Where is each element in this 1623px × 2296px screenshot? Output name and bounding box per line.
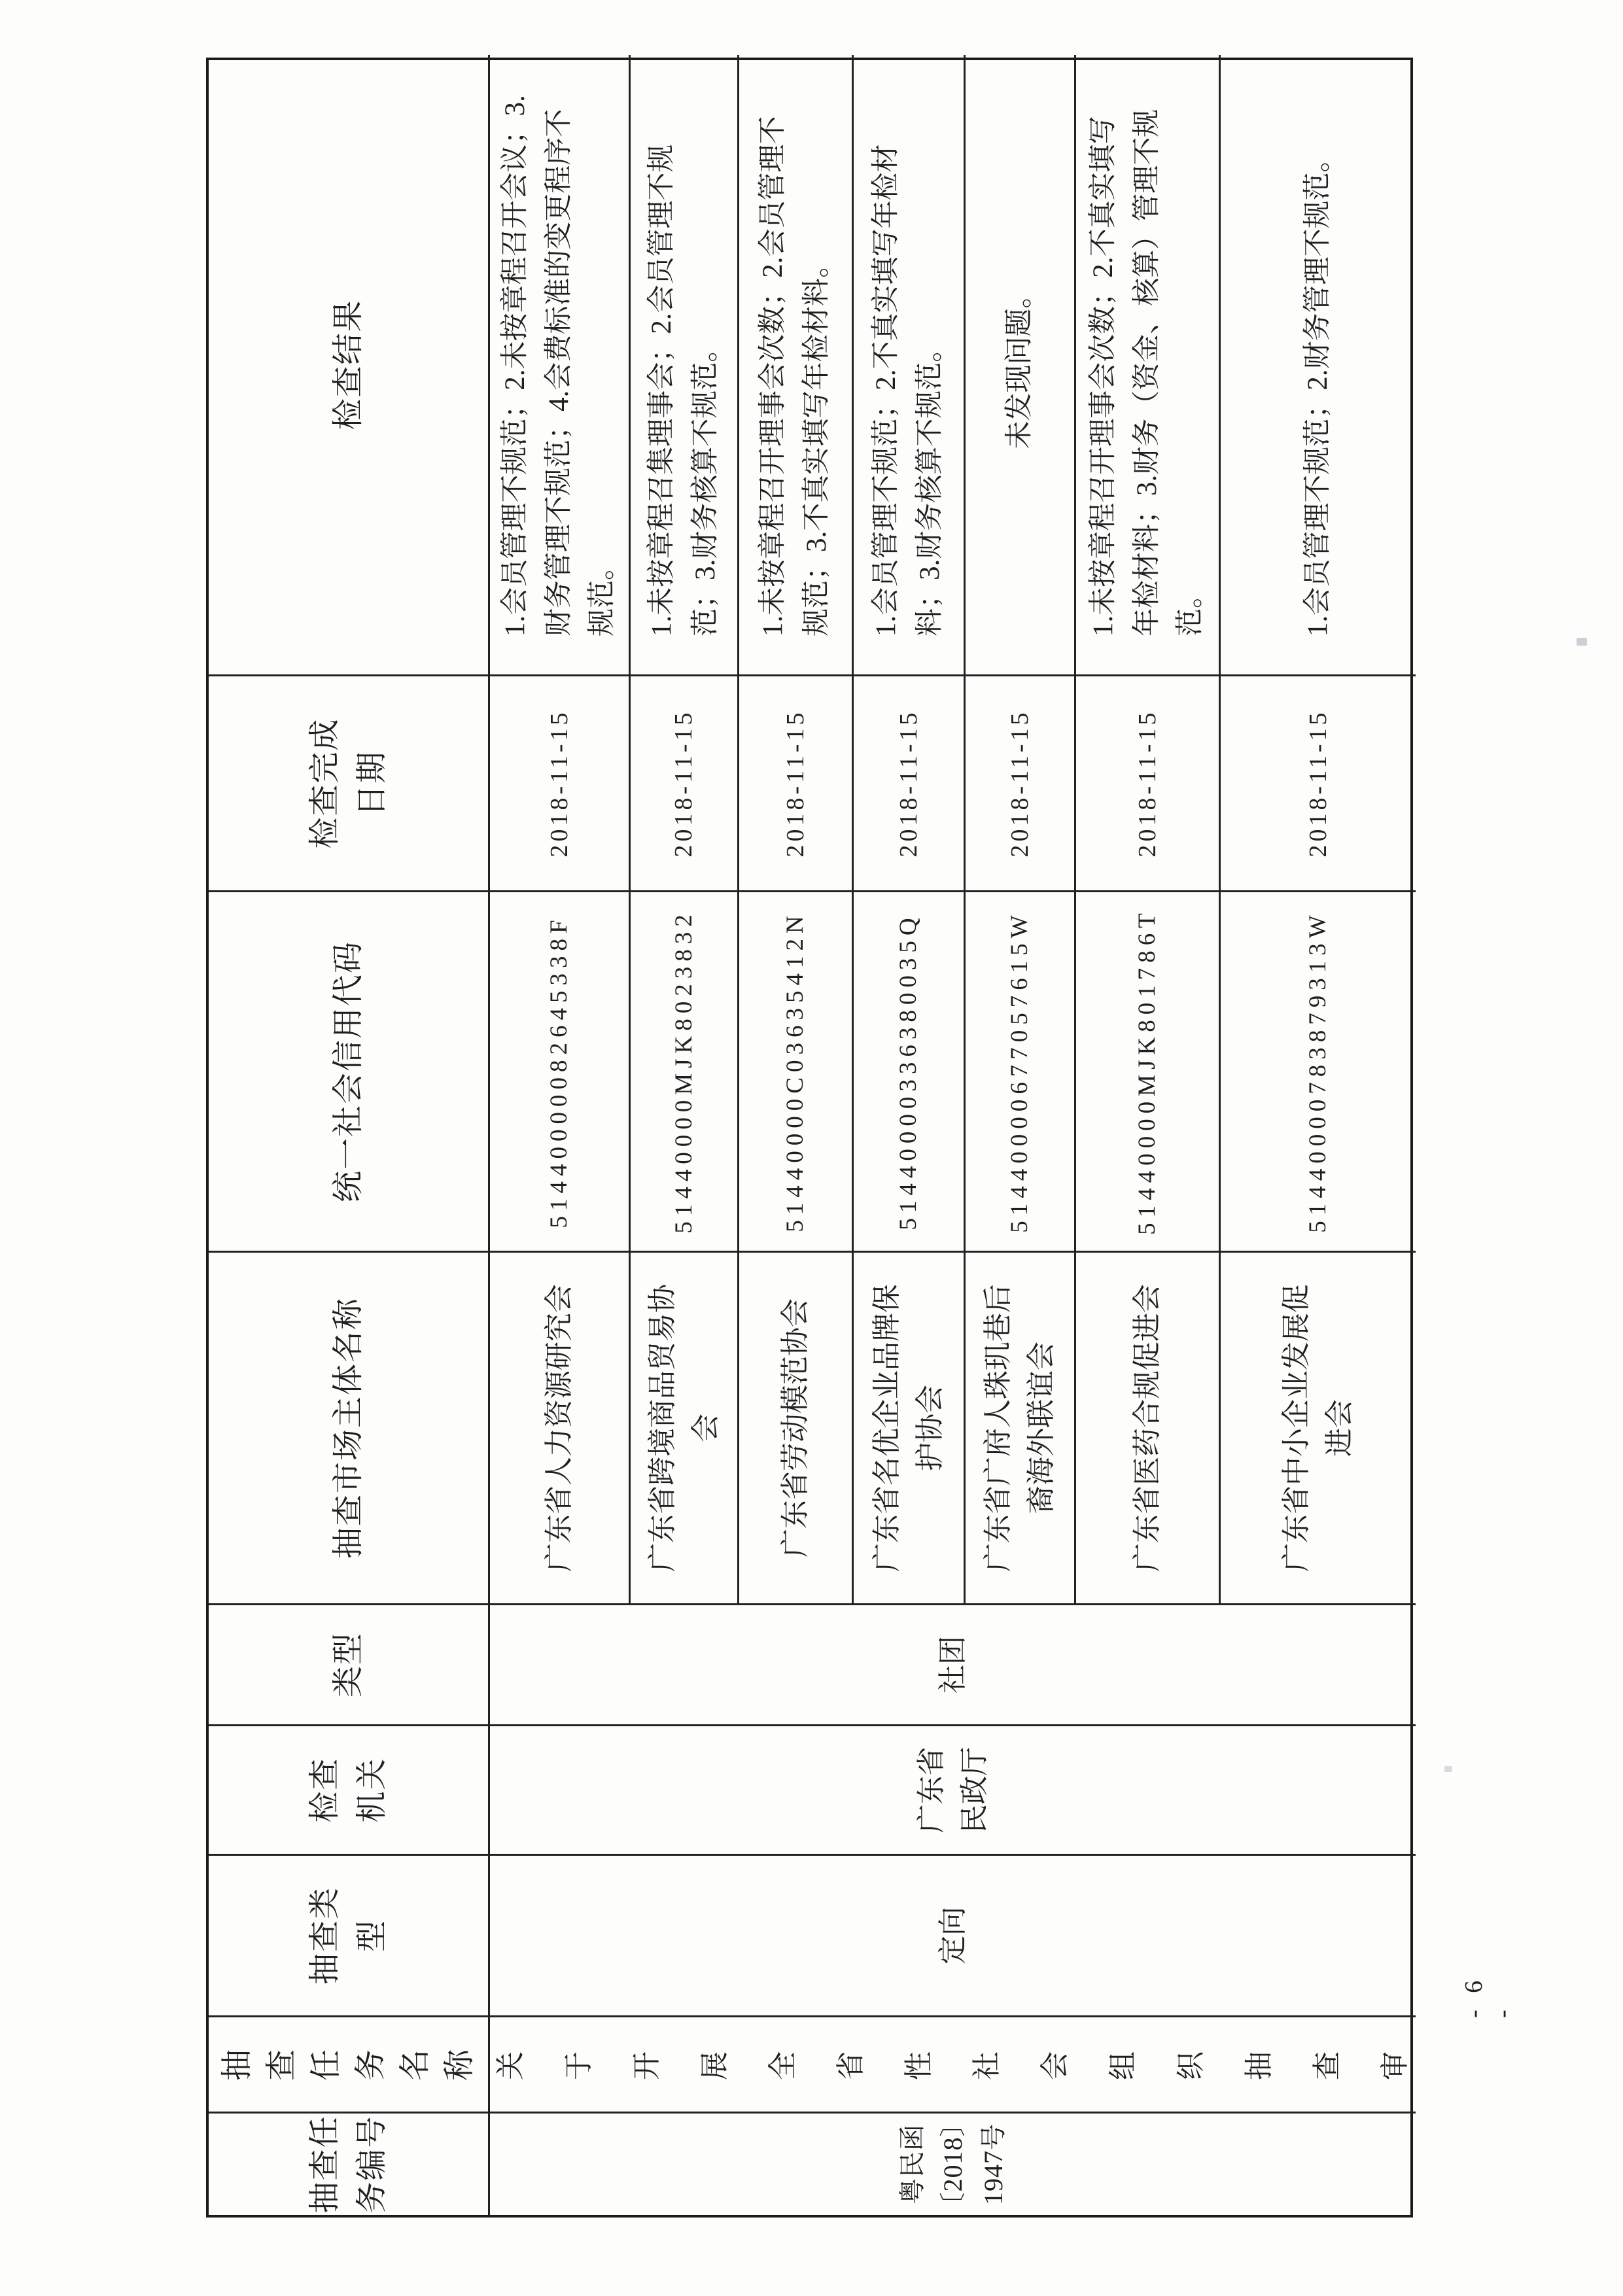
table-cell-credit-code: 51440000MJK8023832 <box>631 890 739 1251</box>
table-cell-result: 1.未按章程召开理事会次数；2.不真实填写年检材料；3.财务（资金、核算）管理不… <box>1076 55 1221 674</box>
header-sample-type-label: 抽查类型 <box>302 1887 396 1985</box>
table-cell-credit-code: 51440000082645338F <box>490 890 631 1251</box>
header-org-type: 类型 <box>209 1603 490 1724</box>
header-entity: 抽查市场主体名称 <box>209 1251 490 1603</box>
table-cell-result: 1.会员管理不规范；2.不真实填写年检材料；3.财务核算不规范。 <box>854 55 966 674</box>
merged-cell-org-type: 社团 <box>490 1603 1416 1724</box>
table-cell-finish-date: 2018-11-15 <box>966 674 1076 890</box>
table-cell-credit-code: 51440000MJK801786T <box>1076 890 1221 1251</box>
header-task-name-label: 抽查任务名称 <box>215 2047 482 2081</box>
page-number: - 6 - <box>1456 1953 1521 2018</box>
table-cell-finish-date: 2018-11-15 <box>1221 674 1416 890</box>
merged-cell-inspect-org: 广东省民政厅 <box>490 1724 1416 1854</box>
table-cell-finish-date: 2018-11-15 <box>739 674 854 890</box>
header-task-no: 抽查任务编号 <box>209 2112 490 2215</box>
table-cell-finish-date: 2018-11-15 <box>490 674 631 890</box>
inspect-org-value: 广东省民政厅 <box>910 1745 996 1836</box>
table-cell-entity: 广东省广府人珠玑巷后裔海外联谊会 <box>966 1251 1076 1603</box>
header-credit-code: 统一社会信用代码 <box>209 890 490 1251</box>
table-cell-entity: 广东省跨境商品贸易协会 <box>631 1251 739 1603</box>
table-cell-credit-code: 51440000C03635412N <box>739 890 854 1251</box>
table-cell-entity: 广东省医药合规促进会 <box>1076 1251 1221 1603</box>
header-task-name: 抽查任务名称 <box>209 2015 490 2112</box>
header-result-label: 检查结果 <box>325 300 372 430</box>
header-finish-date: 检查完成日期 <box>209 674 490 890</box>
header-inspect-org-label: 检查机关 <box>302 1758 396 1823</box>
header-org-type-label: 类型 <box>325 1632 372 1697</box>
header-entity-label: 抽查市场主体名称 <box>325 1297 372 1559</box>
header-sample-type: 抽查类型 <box>209 1854 490 2015</box>
header-inspect-org: 检查机关 <box>209 1724 490 1854</box>
header-task-no-label: 抽查任务编号 <box>302 2115 396 2214</box>
table-cell-result: 1.未按章程召开理事会次数；2.会员管理不规范；3.不真实填写年检材料。 <box>739 55 854 674</box>
inspection-results-table: 抽查任务编号 抽查任务名称 抽查类型 检查机关 类型 抽查市场主体名称 统一社会… <box>206 58 1413 2218</box>
header-credit-code-label: 统一社会信用代码 <box>325 941 372 1202</box>
table-cell-result: 1.会员管理不规范；2.财务管理不规范。 <box>1221 55 1416 674</box>
table-cell-result: 1.未按章程召集理事会；2.会员管理不规范；3.财务核算不规范。 <box>631 55 739 674</box>
table-cell-entity: 广东省名优企业品牌保护协会 <box>854 1251 966 1603</box>
table-cell-credit-code: 51440000336380035Q <box>854 890 966 1251</box>
scanned-document-page: 抽查任务编号 抽查任务名称 抽查类型 检查机关 类型 抽查市场主体名称 统一社会… <box>0 0 1623 2296</box>
merged-cell-sample-type: 定向 <box>490 1854 1416 2015</box>
header-result: 检查结果 <box>209 55 490 674</box>
scan-speck <box>1577 638 1587 646</box>
table-cell-entity: 广东省劳动模范协会 <box>739 1251 854 1603</box>
scan-speck <box>1444 1766 1452 1772</box>
table-cell-entity: 广东省人力资源研究会 <box>490 1251 631 1603</box>
table-cell-credit-code: 51440000783879313W <box>1221 890 1416 1251</box>
merged-cell-task-no: 粤民函 〔2018〕 1947号 <box>490 2112 1416 2215</box>
table-cell-result: 1.会员管理不规范；2.未按章程召开会议；3.财务管理不规范；4.会费标准的变更… <box>490 55 631 674</box>
table-cell-finish-date: 2018-11-15 <box>631 674 739 890</box>
table-cell-finish-date: 2018-11-15 <box>854 674 966 890</box>
table-cell-finish-date: 2018-11-15 <box>1076 674 1221 890</box>
table-cell-result: 未发现问题。 <box>966 55 1076 674</box>
table-cell-credit-code: 51440000677057615W <box>966 890 1076 1251</box>
rotated-table-container: 抽查任务编号 抽查任务名称 抽查类型 检查机关 类型 抽查市场主体名称 统一社会… <box>206 58 1413 2218</box>
table-cell-entity: 广东省中小企业发展促进会 <box>1221 1251 1416 1603</box>
merged-cell-task-name: 广东省民政厅关于开展全省性社会组织抽查审计工作的通知 <box>490 2015 1416 2112</box>
header-finish-date-label: 检查完成日期 <box>302 718 396 849</box>
